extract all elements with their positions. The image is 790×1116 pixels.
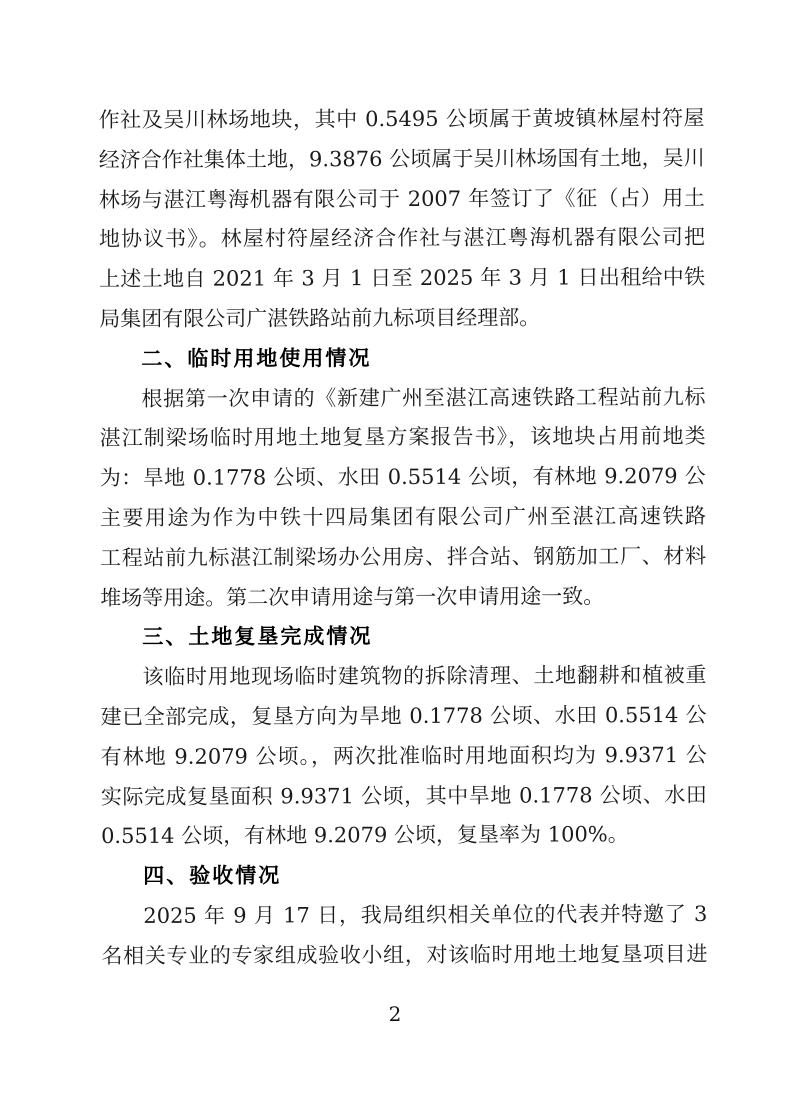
section-heading: 四、验收情况: [101, 855, 707, 897]
text-line: 根据第一次申请的《新建广州至湛江高速铁路工程站前九标: [99, 378, 705, 420]
text-line: 林场与湛江粤海机器有限公司于 2007 年签订了《征（占）用土: [99, 179, 705, 221]
text-line: 上述土地自 2021 年 3 月 1 日至 2025 年 3 月 1 日出租给中…: [99, 258, 705, 300]
text-line: 湛江制梁场临时用地土地复垦方案报告书》，该地块占用前地类: [100, 417, 706, 459]
section-heading: 三、土地复垦完成情况: [100, 616, 706, 658]
text-line: 0.5514 公顷，有林地 9.2079 公顷，复垦率为 100%。: [101, 815, 707, 857]
text-line: 有林地 9.2079 公顷。，两次批准临时用地面积均为 9.9371 公顷，: [101, 736, 707, 778]
text-line: 名相关专业的专家组成验收小组，对该临时用地土地复垦项目进: [101, 935, 707, 977]
text-line: 建已全部完成，复垦方向为旱地 0.1778 公顷、水田 0.5514 公顷，: [101, 696, 707, 738]
text-line: 地协议书》。林屋村符屋经济合作社与湛江粤海机器有限公司把: [99, 218, 705, 260]
document-body: 作社及吴川林场地块，其中 0.5495 公顷属于黄坡镇林屋村符屋经济合作社集体土…: [98, 99, 707, 977]
text-line: 局集团有限公司广湛铁路站前九标项目经理部。: [99, 298, 705, 340]
text-line: 经济合作社集体土地，9.3876 公顷属于吴川林场国有土地，吴川: [99, 139, 705, 181]
text-line: 工程站前九标湛江制梁场办公用房、拌合站、钢筋加工厂、材料: [100, 537, 706, 579]
text-line: 堆场等用途。第二次申请用途与第一次申请用途一致。: [100, 577, 706, 619]
text-line: 主要用途为作为中铁十四局集团有限公司广州至湛江高速铁路: [100, 497, 706, 539]
text-line: 2025 年 9 月 17 日，我局组织相关单位的代表并特邀了 3: [101, 895, 707, 937]
text-line: 该临时用地现场临时建筑物的拆除清理、土地翻耕和植被重: [100, 656, 706, 698]
page-number: 2: [0, 1002, 790, 1026]
text-line: 实际完成复垦面积 9.9371 公顷，其中旱地 0.1778 公顷、水田: [101, 775, 707, 817]
text-line: 作社及吴川林场地块，其中 0.5495 公顷属于黄坡镇林屋村符屋: [98, 99, 704, 141]
text-line: 为：旱地 0.1778 公顷、水田 0.5514 公顷，有林地 9.2079 公…: [100, 457, 706, 499]
document-page: 作社及吴川林场地块，其中 0.5495 公顷属于黄坡镇林屋村符屋经济合作社集体土…: [0, 0, 790, 1116]
section-heading: 二、临时用地使用情况: [99, 338, 705, 380]
